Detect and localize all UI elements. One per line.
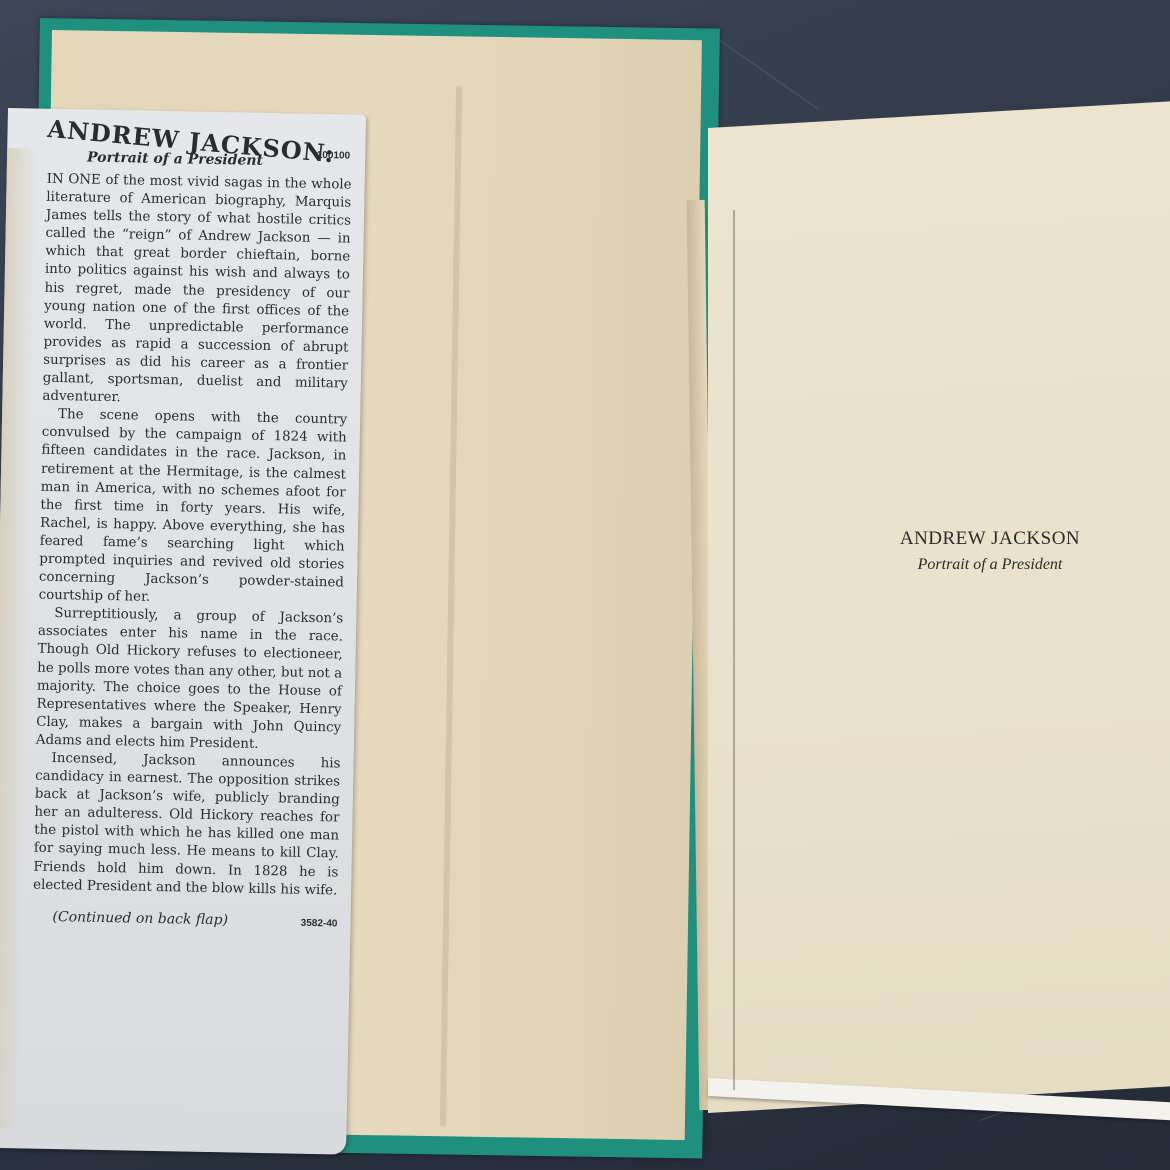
flap-continued-note: (Continued on back flap) [52,909,228,928]
dust-jacket-flap: ANDREW JACKSON: 100100 Portrait of a Pre… [0,108,366,1155]
flap-content: ANDREW JACKSON: 100100 Portrait of a Pre… [32,115,352,930]
surface-scratch [720,40,819,110]
flap-code-top: 100100 [317,150,351,162]
flap-footer: (Continued on back flap) 3582-40 [32,908,337,930]
flap-paragraph: IN ONE of the most vivid sagas in the wh… [42,171,351,412]
flap-paragraph: Incensed, Jackson announces his candidac… [33,750,341,901]
title-page-title: ANDREW JACKSON [880,528,1100,550]
title-page [708,101,1170,1113]
flap-paragraph: The scene opens with the country convuls… [38,406,347,611]
flap-worn-edge [0,148,37,1128]
title-page-heading: ANDREW JACKSON Portrait of a President [880,528,1100,574]
pastedown-fold [440,86,462,1126]
flap-paragraph: Surreptitiously, a group of Jackson’s as… [36,605,344,756]
flap-code-bottom: 3582-40 [301,918,338,930]
page-tear [733,210,735,1090]
title-page-subtitle: Portrait of a President [880,556,1100,574]
